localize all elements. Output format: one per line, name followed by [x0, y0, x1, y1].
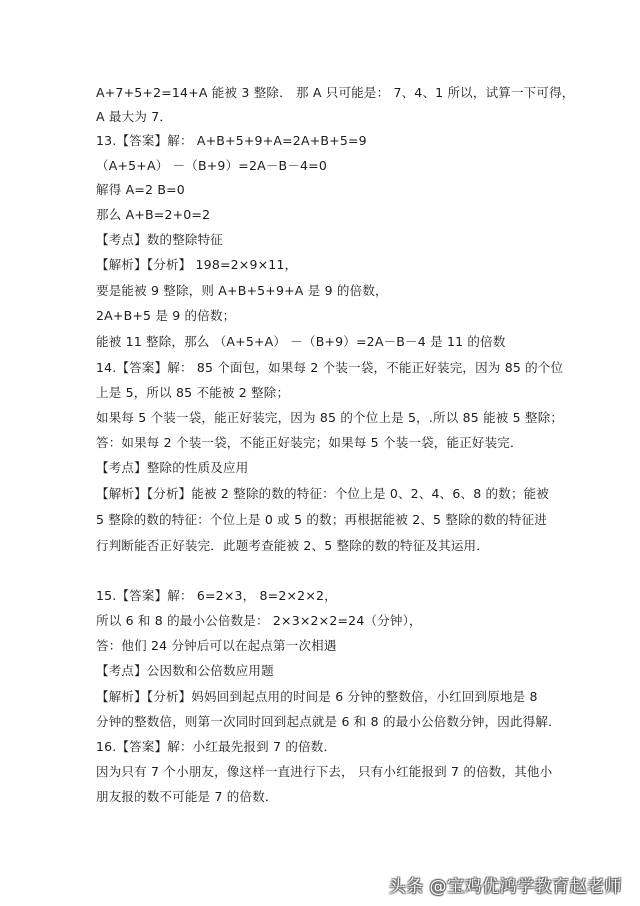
- text-line-11: 能被 11 整除，那么 （A+5+A） －（B+9）=2A－B－4 是 11 的…: [96, 334, 506, 350]
- text-line-19: 行判断能否正好装完．此题考查能被 2、5 整除的数的特征及其运用．: [96, 538, 489, 554]
- answer-15-heading: 15.【答案】解： 6=2×3， 8=2×2×2，: [96, 588, 337, 604]
- text-line-28: 朋友报的数不可能是 7 的倍数．: [96, 789, 278, 805]
- text-line-14: 如果每 5 个装一袋，能正好装完，因为 85 的个位上是 5，.所以 85 能被…: [96, 410, 563, 426]
- answer-14-heading: 14.【答案】解： 85 个面包，如果每 2 个装一袋，不能正好装完，因为 85…: [96, 360, 563, 376]
- text-line-1: A+7+5+2=14+A 能被 3 整除． 那 A 只可能是： 7、4、1 所以…: [96, 85, 575, 101]
- text-line-10: 2A+B+5 是 9 的倍数；: [96, 308, 235, 324]
- answer-13-heading: 13.【答案】解： A+B+5+9+A=2A+B+5=9: [96, 133, 367, 149]
- answer-16-heading: 16.【答案】解：小红最先报到 7 的倍数．: [96, 739, 336, 755]
- key-point-15: 【考点】公因数和公倍数应用题: [96, 663, 274, 679]
- text-line-4: （A+5+A） －（B+9）=2A－B－4=0: [96, 158, 327, 174]
- text-line-9: 要是能被 9 整除，则 A+B+5+9+A 是 9 的倍数，: [96, 283, 388, 299]
- text-line-18: 5 整除的数的特征：个位上是 0 或 5 的数；再根据能被 2、5 整除的数的特…: [96, 512, 547, 528]
- text-line-27: 因为只有 7 个小朋友，像这样一直进行下去， 只有小红能报到 7 的倍数，其他小: [96, 764, 552, 780]
- key-point-13: 【考点】数的整除特征: [96, 232, 223, 248]
- text-line-25: 分钟的整数倍，则第一次同时回到起点就是 6 和 8 的最小公倍数分钟，因此得解．: [96, 714, 561, 730]
- text-line-15: 答：如果每 2 个装一袋，不能正好装完；如果每 5 个装一袋，能正好装完．: [96, 435, 523, 451]
- analysis-13: 【解析】【分析】 198=2×9×11，: [96, 257, 297, 273]
- text-line-22: 答：他们 24 分钟后可以在起点第一次相遇: [96, 638, 337, 654]
- text-line-6: 那么 A+B=2+0=2: [96, 207, 210, 223]
- text-line-5: 解得 A=2 B=0: [96, 182, 185, 198]
- text-line-13: 上是 5，所以 85 不能被 2 整除；: [96, 385, 289, 401]
- text-line-2: A 最大为 7．: [96, 109, 172, 125]
- key-point-14: 【考点】整除的性质及应用: [96, 460, 248, 476]
- analysis-14: 【解析】【分析】能被 2 整除的数的特征：个位上是 0、2、4、6、8 的数；能…: [96, 486, 549, 502]
- analysis-15: 【解析】【分析】妈妈回到起点用的时间是 6 分钟的整数倍，小红回到原地是 8: [96, 689, 538, 705]
- watermark: 头条 @宝鸡优鸿学教育赵老师: [389, 872, 622, 897]
- text-line-21: 所以 6 和 8 的最小公倍数是： 2×3×2×2=24（分钟），: [96, 613, 422, 629]
